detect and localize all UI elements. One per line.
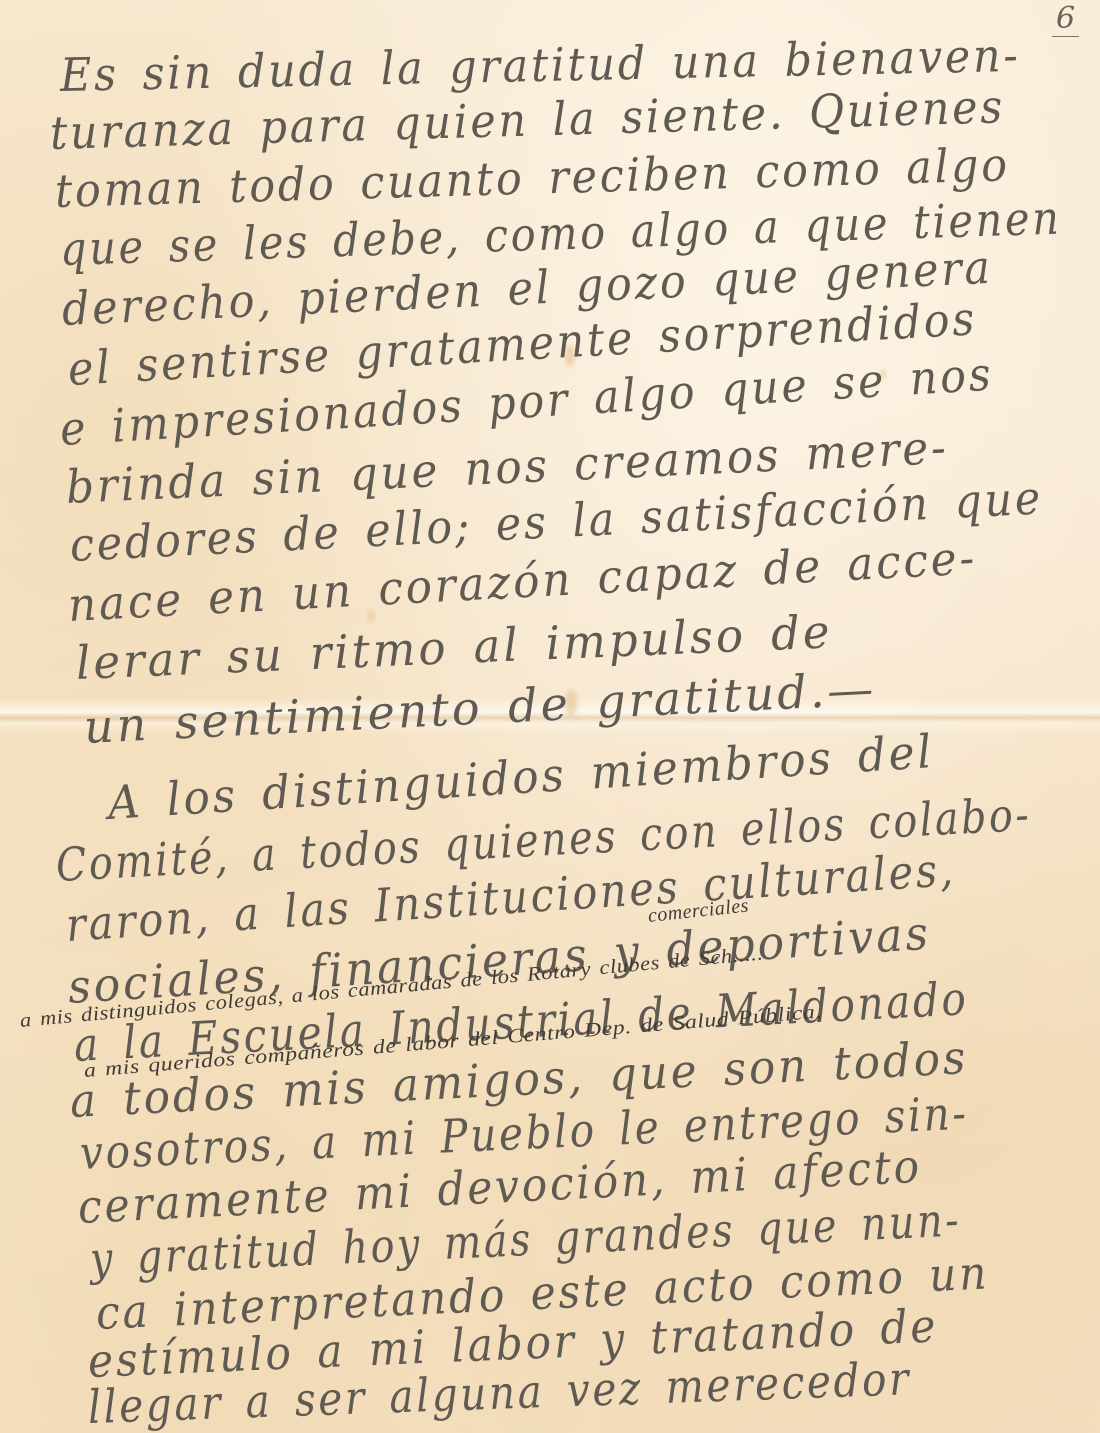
letter-page: 6 Es sin duda la gratitud una bienaven- … [0, 0, 1100, 1433]
page-number: 6 [1052, 4, 1079, 37]
